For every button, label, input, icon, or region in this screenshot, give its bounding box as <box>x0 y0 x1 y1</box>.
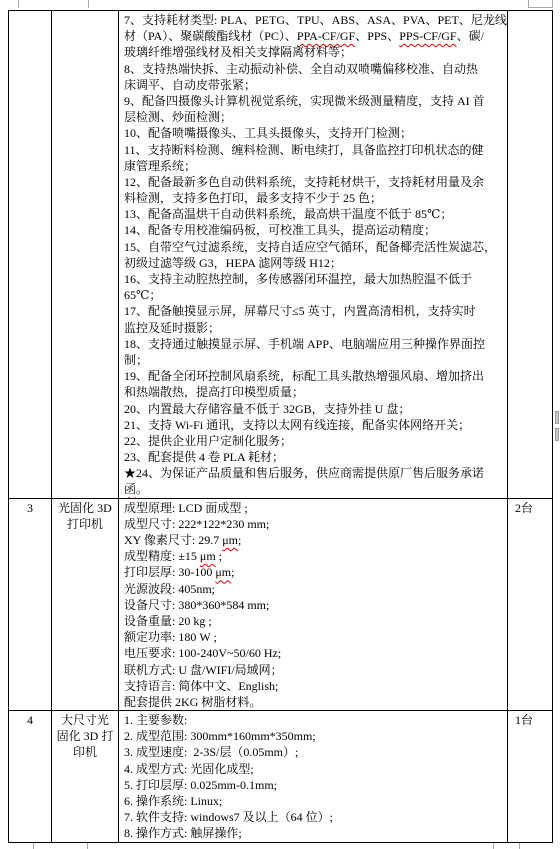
spec-text: 3. 成型速度: 2-3S/层（0.05mm）; <box>124 745 298 759</box>
row-number-cell <box>9 11 52 498</box>
spec-text: 20、内置最大存储容量不低于 32GB，支持外挂 U 盘； <box>124 402 410 416</box>
spec-text: 材（PA）、聚碳酸酯线材（PC）、 <box>124 29 297 43</box>
spec-line: 材（PA）、聚碳酸酯线材（PC）、PPA-CF/GF、PPS、PPS-CF/GF… <box>124 28 505 44</box>
spec-line: 21、支持 Wi-Fi 通讯，支持以太网有线连接，配备实体网络开关； <box>124 417 505 433</box>
spec-text: 打印层厚: 30-100 <box>124 565 215 579</box>
spec-line: 5. 打印层厚: 0.025mm-0.1mm; <box>124 777 505 793</box>
spec-text: 康管理系统； <box>124 159 196 173</box>
spec-text: 联机方式: U 盘/WIFI/局域网； <box>124 663 283 677</box>
spec-text: 额定功率: 180 W ; <box>124 630 217 644</box>
spec-line: 4. 成型方式: 光固化成型; <box>124 761 505 777</box>
spec-text: 4. 成型方式: 光固化成型; <box>124 762 254 776</box>
spec-line: 支持语言: 简体中文、English; <box>124 678 505 694</box>
spec-line: 10、配备喷嘴摄像头、工具头摄像头，支持开门检测； <box>124 125 505 141</box>
quantity: 2台 <box>515 500 552 516</box>
spec-text: 料检测，支持多色打印，最多支持不少于 25 色； <box>124 191 382 205</box>
page-break-cell-artifact <box>33 842 88 849</box>
spec-line: 8. 操作方式: 触屏操作; <box>124 825 505 841</box>
spec-text: 11、支持断料检测、缠料检测、断电续打，具备监控打印机状态的健 <box>124 143 484 157</box>
spec-text: 床调平、自动皮带张紧； <box>124 78 256 92</box>
spec-line: 和热端散热，提高打印模型质量； <box>124 384 505 400</box>
spec-text: 、PPS、 <box>355 29 399 43</box>
spec-text: 12、配备最新多色自动供料系统，支持耗材烘干，支持耗材用量及余 <box>124 175 484 189</box>
spec-line: 9、配备四摄像头计算机视觉系统，实现微米级测量精度，支持 AI 首 <box>124 93 505 109</box>
row-number-cell: 3 <box>9 499 52 710</box>
spec-text: 17、配备触摸显示屏，屏幕尺寸≤5 英寸，内置高清相机，支持实时 <box>124 304 476 318</box>
spec-line: 20、内置最大存储容量不低于 32GB，支持外挂 U 盘； <box>124 401 505 417</box>
spec-line: 15、自带空气过滤系统，支持自适应空气循环，配备椰壳活性炭滤芯， <box>124 239 505 255</box>
spec-text: 10、配备喷嘴摄像头、工具头摄像头，支持开门检测； <box>124 126 412 140</box>
quantity-cell: 2台 <box>508 499 552 710</box>
spec-text: 23、配套提供 4 卷 PLA 耗材； <box>124 450 284 464</box>
quantity-cell <box>508 11 552 498</box>
spec-text: 1. 主要参数: <box>124 713 187 727</box>
spec-line: 17、配备触摸显示屏，屏幕尺寸≤5 英寸，内置高清相机，支持实时 <box>124 303 505 319</box>
item-name-line: 印机 <box>52 744 118 760</box>
spec-text: 5. 打印层厚: 0.025mm-0.1mm; <box>124 778 277 792</box>
spec-line: 65℃； <box>124 287 505 303</box>
spec-line: 3. 成型速度: 2-3S/层（0.05mm）; <box>124 744 505 760</box>
item-name-cell: 光固化 3D打印机 <box>52 499 119 710</box>
spec-cell: 7、支持耗材类型: PLA、PETG、TPU、ABS、ASA、PVA、PET、尼… <box>119 11 508 498</box>
spec-text: 成型精度: ±15 <box>124 549 200 563</box>
spec-line: 19、配备全闭环控制风扇系统，标配工具头散热增强风扇、增加挤出 <box>124 368 505 384</box>
page-break-cell-artifact <box>528 0 553 8</box>
spellcheck-underlined-text: 函 <box>124 482 136 496</box>
item-name-line: 固化 3D 打 <box>52 728 118 744</box>
spec-text: 设备重量: 20 kg ; <box>124 614 212 628</box>
spec-text: 21、支持 Wi-Fi 通讯，支持以太网有线连接，配备实体网络开关； <box>124 418 470 432</box>
table-row: 3光固化 3D打印机成型原理: LCD 面成型 ;成型尺寸: 222*122*2… <box>9 498 552 710</box>
spec-line: 联机方式: U 盘/WIFI/局域网； <box>124 662 505 678</box>
spec-line: 14、配备专用校准编码板，可校准工具头，提高运动精度； <box>124 222 505 238</box>
spec-text: 电压要求: 100-240V~50/60 Hz; <box>124 646 281 660</box>
spec-text: XY 像素尺寸: 29.7 <box>124 533 222 547</box>
spec-text: ; <box>231 565 234 579</box>
spellcheck-underlined-text: μm <box>215 565 231 579</box>
spec-text: 8. 操作方式: 触屏操作; <box>124 826 242 840</box>
spec-line: 初级过滤等级 G3，HEPA 滤网等级 H12； <box>124 255 505 271</box>
spec-line: 额定功率: 180 W ; <box>124 629 505 645</box>
spec-line: 1. 主要参数: <box>124 712 505 728</box>
spec-line: 7. 软件支持: windows7 及以上（64 位）; <box>124 809 505 825</box>
spellcheck-underlined-text: μm <box>222 533 238 547</box>
spec-text: 玻璃纤维增强线材及相关支撑隔离材料等； <box>124 45 352 59</box>
spec-text: 支持语言: 简体中文、English; <box>124 679 278 693</box>
spec-line: 床调平、自动皮带张紧； <box>124 77 505 93</box>
item-name-cell: 大尺寸光固化 3D 打印机 <box>52 711 119 842</box>
spec-table: 7、支持耗材类型: PLA、PETG、TPU、ABS、ASA、PVA、PET、尼… <box>8 10 553 843</box>
spec-line: 打印层厚: 30-100 μm; <box>124 564 505 580</box>
spec-line: 成型原理: LCD 面成型 ; <box>124 500 505 516</box>
spellcheck-underlined-text: PPA-CF/GF <box>297 29 355 43</box>
spec-text: ; <box>238 533 241 547</box>
spec-text: 7. 软件支持: windows7 及以上（64 位）; <box>124 810 333 824</box>
item-name-line: 大尺寸光 <box>52 712 118 728</box>
spec-line: 8、支持热端快拆、主动振动补偿、全自动双喷嘴偏移校准、自动热 <box>124 61 505 77</box>
spec-text: 13、配备高温烘干自动供料系统，最高烘干温度不低于 85℃； <box>124 207 452 221</box>
spec-text: 监控及延时摄影； <box>124 321 220 335</box>
page-break-line-artifact <box>88 0 89 8</box>
quantity: 1台 <box>515 712 552 728</box>
spec-text: 19、配备全闭环控制风扇系统，标配工具头散热增强风扇、增加挤出 <box>124 369 484 383</box>
spec-text: 16、支持主动腔热控制，多传感器闭环温控，最大加热腔温不低于 <box>124 272 472 286</box>
page-edge-fragment <box>555 411 559 424</box>
spec-line: 函。 <box>124 481 505 497</box>
spec-text: 15、自带空气过滤系统，支持自适应空气循环，配备椰壳活性炭滤芯， <box>124 240 496 254</box>
spec-line: 设备重量: 20 kg ; <box>124 613 505 629</box>
spec-line: XY 像素尺寸: 29.7 μm; <box>124 532 505 548</box>
page-break-cell-artifact <box>493 842 520 849</box>
spec-text: 制； <box>124 353 148 367</box>
spec-line: 23、配套提供 4 卷 PLA 耗材； <box>124 449 505 465</box>
table-row: 7、支持耗材类型: PLA、PETG、TPU、ABS、ASA、PVA、PET、尼… <box>9 11 552 498</box>
spellcheck-underlined-text: PPS-CF/GF <box>399 29 456 43</box>
spec-text: 成型尺寸: 222*122*230 mm; <box>124 517 269 531</box>
table-row: 4大尺寸光固化 3D 打印机1. 主要参数:2. 成型范围: 300mm*160… <box>9 710 552 842</box>
spec-text: 18、支持通过触摸显示屏、手机端 APP、电脑端应用三种操作界面控 <box>124 337 485 351</box>
spec-text: 成型原理: LCD 面成型 ; <box>124 501 248 515</box>
row-number-cell: 4 <box>9 711 52 842</box>
spec-text: 配套提供 2KG 树脂材料。 <box>124 695 261 709</box>
spec-line: 成型精度: ±15 μm ; <box>124 548 505 564</box>
spec-line: 12、配备最新多色自动供料系统，支持耗材烘干，支持耗材用量及余 <box>124 174 505 190</box>
spec-text: 初级过滤等级 G3，HEPA 滤网等级 H12； <box>124 256 342 270</box>
spec-text: ; <box>216 549 222 563</box>
spec-line: 成型尺寸: 222*122*230 mm; <box>124 516 505 532</box>
spec-text: 6. 操作系统: Linux; <box>124 794 222 808</box>
spec-text: 14、配备专用校准编码板，可校准工具头，提高运动精度； <box>124 223 436 237</box>
spec-line: 7、支持耗材类型: PLA、PETG、TPU、ABS、ASA、PVA、PET、尼… <box>124 12 505 28</box>
spec-line: 设备尺寸: 380*360*584 mm; <box>124 597 505 613</box>
spec-line: 13、配备高温烘干自动供料系统，最高烘干温度不低于 85℃； <box>124 206 505 222</box>
spec-text: ★24、为保证产品质量和售后服务，供应商需提供原厂售后服务承诺 <box>124 466 484 480</box>
page-edge-fragment <box>555 428 559 441</box>
spec-line: 6. 操作系统: Linux; <box>124 793 505 809</box>
spellcheck-underlined-text: μm <box>200 549 216 563</box>
item-name-cell <box>52 11 119 498</box>
spec-text: 。 <box>136 482 148 496</box>
spec-line: 18、支持通过触摸显示屏、手机端 APP、电脑端应用三种操作界面控 <box>124 336 505 352</box>
spec-line: 11、支持断料检测、缠料检测、断电续打，具备监控打印机状态的健 <box>124 142 505 158</box>
spec-text: 8、支持热端快拆、主动振动补偿、全自动双喷嘴偏移校准、自动热 <box>124 62 478 76</box>
spec-text: 7、支持耗材类型: PLA、PETG、TPU、ABS、ASA、PVA、PET、尼… <box>124 13 507 27</box>
spec-line: 监控及延时摄影； <box>124 320 505 336</box>
spec-text: 65℃； <box>124 288 161 302</box>
spec-text: 光源波段: 405nm; <box>124 582 215 596</box>
spec-line: 料检测，支持多色打印，最多支持不少于 25 色； <box>124 190 505 206</box>
spec-text: 和热端散热，提高打印模型质量； <box>124 385 304 399</box>
spec-cell: 1. 主要参数:2. 成型范围: 300mm*160mm*350mm;3. 成型… <box>119 711 508 842</box>
spec-cell: 成型原理: LCD 面成型 ;成型尺寸: 222*122*230 mm;XY 像… <box>119 499 508 710</box>
page-break-line-artifact <box>18 0 19 8</box>
spec-text: 层检测、炒面检测； <box>124 110 232 124</box>
spec-line: 16、支持主动腔热控制，多传感器闭环温控，最大加热腔温不低于 <box>124 271 505 287</box>
spec-text: 22、提供企业用户定制化服务； <box>124 434 292 448</box>
spec-line: 制； <box>124 352 505 368</box>
spec-text: 9、配备四摄像头计算机视觉系统，实现微米级测量精度，支持 AI 首 <box>124 94 485 108</box>
spec-line: 层检测、炒面检测； <box>124 109 505 125</box>
row-number: 3 <box>9 500 51 516</box>
spec-line: 康管理系统； <box>124 158 505 174</box>
spec-line: 22、提供企业用户定制化服务； <box>124 433 505 449</box>
spec-line: 光源波段: 405nm; <box>124 581 505 597</box>
spec-text: 设备尺寸: 380*360*584 mm; <box>124 598 269 612</box>
spec-line: ★24、为保证产品质量和售后服务，供应商需提供原厂售后服务承诺 <box>124 465 505 481</box>
spec-line: 电压要求: 100-240V~50/60 Hz; <box>124 645 505 661</box>
item-name-line: 光固化 3D <box>52 500 118 516</box>
spec-line: 配套提供 2KG 树脂材料。 <box>124 694 505 710</box>
spec-line: 2. 成型范围: 300mm*160mm*350mm; <box>124 728 505 744</box>
row-number: 4 <box>9 712 51 728</box>
spec-line: 玻璃纤维增强线材及相关支撑隔离材料等； <box>124 44 505 60</box>
spec-text: 、碳/ <box>457 29 484 43</box>
spec-text: 2. 成型范围: 300mm*160mm*350mm; <box>124 729 316 743</box>
quantity-cell: 1台 <box>508 711 552 842</box>
item-name-line: 打印机 <box>52 516 118 532</box>
